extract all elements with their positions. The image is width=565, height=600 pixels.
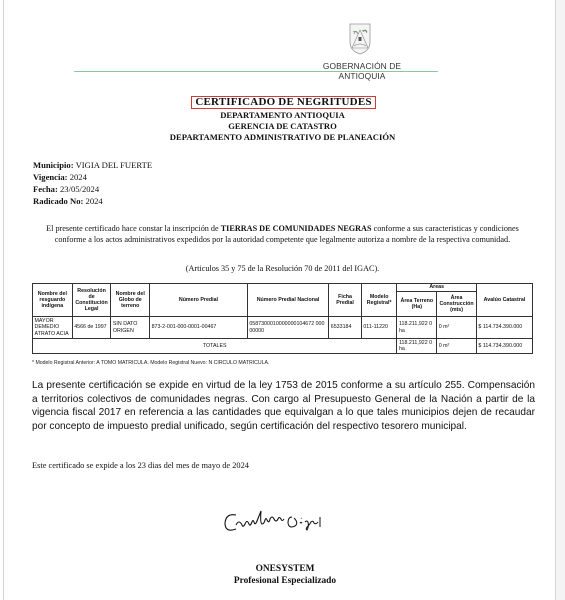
signer-block: ONESYSTEM Profesional Especializado (190, 563, 380, 587)
cell-area-terreno: 118.211,922 0 ha (397, 317, 437, 339)
header-predial-nacional: Número Predial Nacional (247, 284, 328, 317)
cell-globo: SIN DATO ORIGEN (111, 317, 150, 339)
intro-reference: (Articulos 35 y 75 de la Resolución 70 d… (30, 263, 535, 274)
header-area-construccion: Área Construcción (mts) (437, 292, 477, 317)
law-paragraph: La presente certificación se expide en v… (32, 379, 535, 433)
header-modelo: Modelo Registral* (361, 284, 397, 317)
cell-resguardo: MAYOR DEMEDIO ATRATO ACIA (33, 317, 73, 339)
cell-resolucion: 4566 de 1997 (72, 317, 111, 339)
header-globo: Nombre del Globo de terreno (111, 284, 150, 317)
page-frame-left (3, 0, 4, 600)
totals-avaluo: $ 114.734.390.000 (476, 339, 532, 354)
signer-role: Profesional Especializado (190, 575, 380, 587)
vigencia-label: Vigencia: (33, 172, 68, 182)
municipio-label: Municipio: (33, 160, 74, 170)
header-resguardo: Nombre del resguardo indígena (33, 284, 73, 317)
meta-radicado: Radicado No: 2024 (33, 196, 103, 206)
table-row: MAYOR DEMEDIO ATRATO ACIA 4566 de 1997 S… (33, 317, 533, 339)
header-avaluo: Avalúo Catastral (476, 284, 532, 317)
meta-fecha: Fecha: 23/05/2024 (33, 184, 99, 194)
vigencia-value: 2024 (70, 172, 87, 182)
subtitle-planeacion: DEPARTAMENTO ADMINISTRATIVO DE PLANEACIÓ… (100, 132, 465, 142)
page-gutter-right (556, 0, 565, 600)
intro-text-start: El presente certificado hace constar la … (46, 224, 221, 233)
totals-label: TOTALES (33, 339, 397, 354)
municipio-value: VIGIA DEL FUERTE (76, 160, 153, 170)
header-ficha: Ficha Predial (329, 284, 362, 317)
fecha-label: Fecha: (33, 184, 58, 194)
closing-statement: Este certificado se expide a los 23 dias… (32, 461, 249, 470)
cell-ficha: 6533184 (329, 317, 362, 339)
header-area-terreno: Área Terreno (Ha) (397, 292, 437, 317)
table-totals-row: TOTALES 118.211,922 0 ha 0 m² $ 114.734.… (33, 339, 533, 354)
header-areas: Areas (397, 284, 476, 292)
header-divider (74, 71, 438, 72)
totals-area-construccion: 0 m² (437, 339, 477, 354)
intro-paragraph: El presente certificado hace constar la … (30, 223, 535, 245)
cell-area-construccion: 0 m² (437, 317, 477, 339)
fecha-value: 23/05/2024 (60, 184, 99, 194)
handwritten-signature: Carolina Diguez (222, 507, 342, 539)
header-predial: Número Predial (150, 284, 248, 317)
radicado-value: 2024 (86, 196, 103, 206)
meta-municipio: Municipio: VIGIA DEL FUERTE (33, 160, 152, 170)
cell-predial-nacional: 0587300010000000104672 00000000 (247, 317, 328, 339)
header-resolucion: Resolución de Constitución Legal (72, 284, 111, 317)
document-title: CERTIFICADO DE NEGRITUDES (191, 96, 376, 109)
intro-text-bold: TIERRAS DE COMUNIDADES NEGRAS (221, 224, 372, 233)
signer-company: ONESYSTEM (190, 563, 380, 575)
subtitle-gerencia: GERENCIA DE CATASTRO (100, 121, 465, 131)
cell-avaluo: $ 114.734.390.000 (476, 317, 532, 339)
property-table: Nombre del resguardo indígena Resolución… (32, 283, 533, 354)
cell-modelo: 011-11220 (361, 317, 397, 339)
table-footnote: * Modelo Registral Anterior: A TOMO MATR… (32, 360, 269, 366)
meta-vigencia: Vigencia: 2024 (33, 172, 87, 182)
cell-predial: 873-2-001-000-0001-00467 (150, 317, 248, 339)
table-header-row: Nombre del resguardo indígena Resolución… (33, 284, 533, 292)
radicado-label: Radicado No: (33, 196, 83, 206)
subtitle-department: DEPARTAMENTO ANTIOQUIA (100, 110, 465, 120)
totals-area-terreno: 118.211,922 0 ha (397, 339, 437, 354)
coat-of-arms-icon (348, 22, 372, 55)
